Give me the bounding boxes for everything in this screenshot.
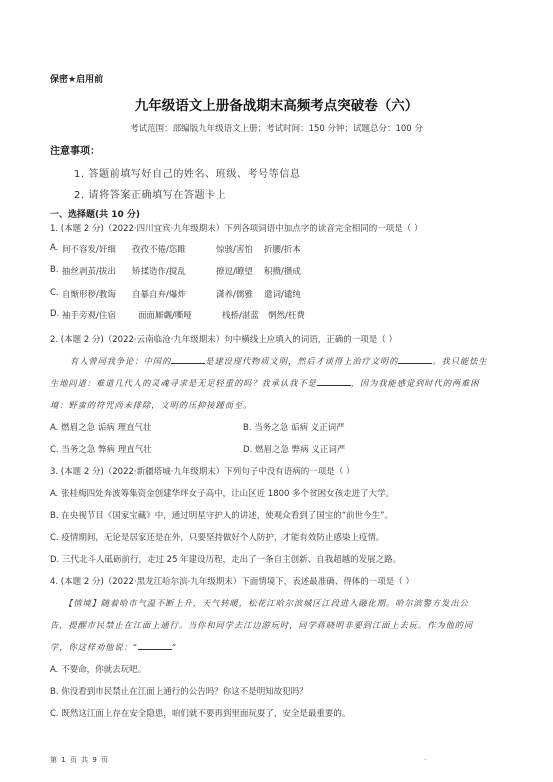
question-2-passage-line: 生地问道：难道几代人的灵魂寻求是无足轻重的吗？我承认我不是，因为我能感觉到时代的… bbox=[50, 377, 479, 389]
question-1-option-c: C. 自惭形秽/教诲 自暴自弃/爆炸 潇养/儒雅 遣词/谴纯 bbox=[50, 288, 59, 298]
question-1-option-a: A. 间不容发/奸细 孜孜不倦/恣睢 惊骇/害怕 折腰/折本 bbox=[50, 243, 58, 253]
question-2-option-a: A. 燃眉之急 诟病 理直气壮 bbox=[50, 421, 151, 433]
question-2-option-b: B. 当务之急 诟病 义正词严 bbox=[243, 421, 345, 433]
question-2-passage-line: 境：野蛮的符咒尚未排除，文明的压抑接踵而至。 bbox=[50, 399, 252, 411]
question-4-stem: 4. (本题 2 分)（2022·黑龙江哈尔滨·九年级期末）下面情境下，表述最准… bbox=[50, 575, 414, 587]
fill-blank bbox=[171, 355, 205, 364]
question-1-stem: 1. (本题 2 分)（2022·四川宜宾·九年级期末）下列各项词语中加点字的读… bbox=[50, 222, 423, 234]
question-3-option-d: D. 三代北斗人砥砺前行，走过 25 年建设历程，走出了一条自主创新、自我超越的… bbox=[50, 553, 401, 565]
question-2-passage-line: 有人曾同我争论：中国的是建设现代物质文明，然后才谈得上治疗文明的。我只能怯生 bbox=[70, 355, 488, 367]
question-3-option-b: B. 在央视节目《国家宝藏》中，通过明星守护人的讲述，使观众看到了国宝的“前世今… bbox=[50, 509, 393, 521]
question-3-option-a: A. 张桂梅四处奔波筹集资金创建华坪女子高中，让山区近 1800 多个贫困女孩走… bbox=[50, 487, 394, 499]
question-1-option-d: D. 袖手旁观/住宿 面面厮觑/嘶哑 栈桥/湛蓝 惘然/枉费 bbox=[50, 309, 59, 319]
notice-heading: 注意事项： bbox=[50, 142, 100, 157]
question-4-passage-line: 告，提醒市民禁止在江面上通行。当你和同学去江边游玩时，同学蒋晓明非要到江面上去玩… bbox=[50, 619, 473, 631]
notice-item: 1. 答题前填写好自己的姓名、班级、考号等信息 bbox=[74, 165, 301, 180]
question-2-option-d: D. 燃眉之急 弊病 义正词严 bbox=[243, 443, 345, 455]
page-title: 九年级语文上册备战期末高频考点突破卷（六） bbox=[0, 94, 553, 114]
question-4-option-c: C. 既然这江面上存在安全隐患，咱们就不要再到里面玩耍了，安全是最重要的。 bbox=[50, 707, 350, 719]
question-2-stem: 2. (本题 2 分)（2022·云南临沧·九年级期末）句中横线上应填入的词语，… bbox=[50, 333, 397, 345]
fill-blank bbox=[317, 377, 351, 386]
fill-blank bbox=[138, 641, 172, 650]
fill-blank bbox=[398, 355, 432, 364]
question-1-option-b: B. 抽丝剥茧/拔出 矫揉造作/搅乱 撩逗/瞭望 积攒/攒成 bbox=[50, 265, 59, 275]
page-footer: 第 1 页 共 9 页 bbox=[50, 755, 109, 765]
question-4-passage-line: 【情境】随着哈市气温不断上升，天气转暖，松花江哈尔滨城区江段进入融化期。哈尔滨警… bbox=[64, 597, 469, 609]
footer-mark: . bbox=[424, 754, 426, 762]
question-4-option-b: B. 你没看到市民禁止在江面上通行的公告吗？你这不是明知故犯吗？ bbox=[50, 685, 308, 697]
exam-page: 保密★启用前 九年级语文上册备战期末高频考点突破卷（六） 考试范围：部编版九年级… bbox=[0, 0, 553, 782]
question-2-option-c: C. 当务之急 弊病 理直气壮 bbox=[50, 443, 152, 455]
notice-item: 2. 请将答案正确填写在答题卡上 bbox=[74, 186, 226, 201]
exam-info: 考试范围：部编版九年级语文上册；考试时间：150 分钟；试题总分：100 分 bbox=[0, 122, 553, 134]
question-3-option-c: C. 疫情期间，无论是居家还是在外，只要坚持做好个人防护，才能有效防止感染上疫情… bbox=[50, 531, 384, 543]
question-4-passage-line: 学，你这样劝他说：“” bbox=[50, 641, 177, 653]
section-heading: 一、选择题(共 10 分) bbox=[50, 207, 140, 220]
question-4-option-a: A. 不要命，你就去玩吧。 bbox=[50, 663, 146, 675]
question-3-stem: 3. (本题 2 分)（2022·新疆塔城·九年级期末）下列句子中没有语病的一项… bbox=[50, 465, 355, 477]
confidential-label: 保密★启用前 bbox=[50, 72, 103, 85]
